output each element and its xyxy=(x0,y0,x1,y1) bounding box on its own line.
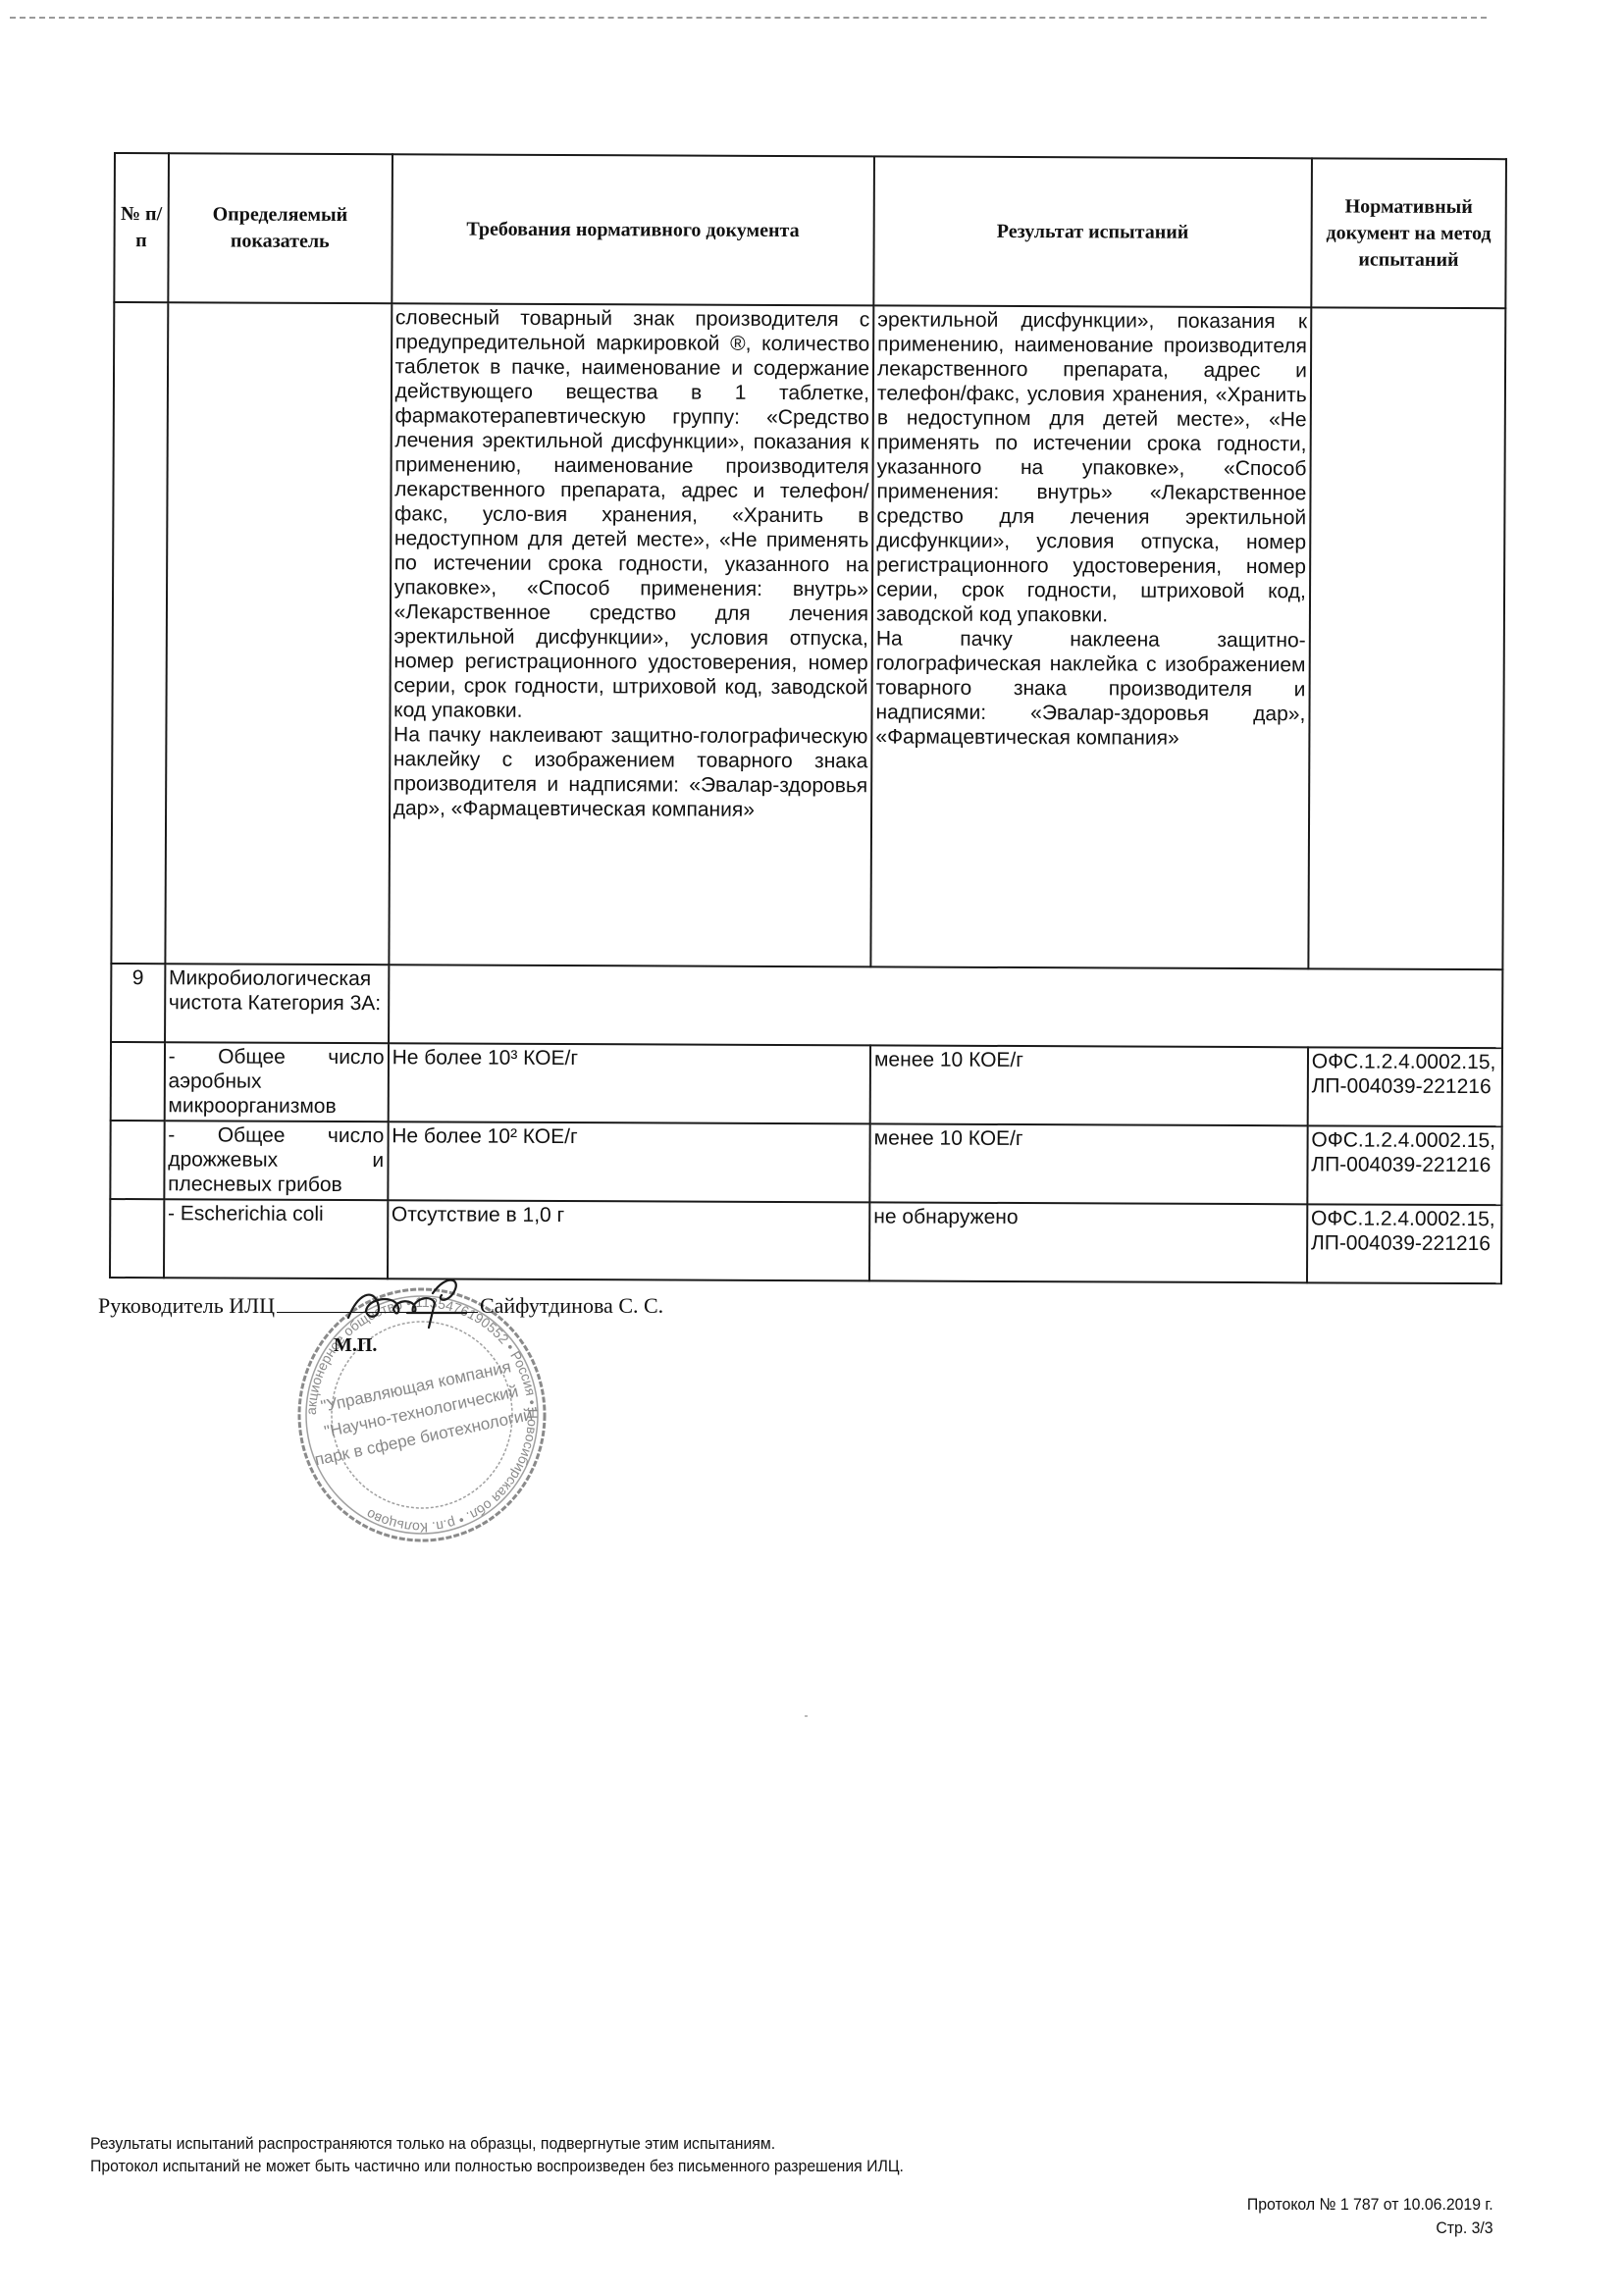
cell-method: ОФС.1.2.4.0002.15, ЛП-004039-221216 xyxy=(1307,1204,1502,1283)
header-result: Результат испытаний xyxy=(873,156,1311,307)
requirement-text: словесный товарный знак производителя с … xyxy=(393,305,869,724)
header-number: № п/п xyxy=(114,153,168,302)
result-text: эректильной дисфункции», показания к при… xyxy=(876,307,1307,628)
scan-speck xyxy=(805,1715,808,1717)
cell-indicator: - Общее число аэробных микроорганизмов xyxy=(164,1042,388,1122)
protocol-reference: Протокол № 1 787 от 10.06.2019 г. xyxy=(1247,2195,1493,2215)
cell-number: 9 xyxy=(111,964,165,1042)
cell-method xyxy=(1308,307,1505,969)
cell-number xyxy=(111,302,168,964)
cell-requirement: Не более 10² КОЕ/г xyxy=(388,1122,870,1202)
table-row: - Общее число дрожжевых и плесневых гриб… xyxy=(110,1121,1501,1205)
test-results-table: № п/п Определяемый показатель Требования… xyxy=(109,152,1507,1284)
cell-indicator xyxy=(165,302,392,965)
cell-indicator: - Escherichia coli xyxy=(164,1199,388,1278)
cell-result: не обнаружено xyxy=(869,1202,1307,1282)
cell-indicator: Микробиологическая чистота Категория 3А: xyxy=(165,964,389,1043)
header-indicator: Определяемый показатель xyxy=(168,153,393,303)
cell-requirement: Не более 10³ КОЕ/г xyxy=(388,1043,870,1123)
cell-result: менее 10 КОЕ/г xyxy=(869,1123,1307,1204)
signer-role: Руководитель ИЛЦ xyxy=(98,1293,275,1318)
table-row-continued: словесный товарный знак производителя с … xyxy=(111,302,1505,969)
header-requirement: Требования нормативного документа xyxy=(392,154,874,305)
cell-method: ОФС.1.2.4.0002.15, ЛП-004039-221216 xyxy=(1307,1047,1502,1126)
scan-edge-mark xyxy=(10,17,1487,19)
table-row: - Общее число аэробных микроорганизмов Н… xyxy=(111,1042,1502,1126)
requirement-sticker-text: На пачку наклеивают защитно-голографичес… xyxy=(393,722,868,822)
cell-number xyxy=(110,1121,164,1199)
cell-method: ОФС.1.2.4.0002.15, ЛП-004039-221216 xyxy=(1307,1125,1502,1205)
cell-requirement: Отсутствие в 1,0 г xyxy=(388,1200,870,1280)
cell-result: эректильной дисфункции», показания к при… xyxy=(870,305,1311,968)
cell-indicator: - Общее число дрожжевых и плесневых гриб… xyxy=(164,1121,388,1200)
table-row: - Escherichia coli Отсутствие в 1,0 г не… xyxy=(110,1199,1501,1283)
header-method: Нормативный документ на метод испытаний xyxy=(1311,158,1506,308)
page-number: Стр. 3/3 xyxy=(1437,2218,1493,2238)
handwritten-signature-icon xyxy=(339,1274,476,1332)
table-row-section-9: 9 Микробиологическая чистота Категория 3… xyxy=(111,964,1502,1048)
cell-number xyxy=(111,1042,165,1121)
signer-name: Сайфутдинова С. С. xyxy=(480,1293,663,1318)
footer-note-reproduction: Протокол испытаний не может быть частичн… xyxy=(90,2157,904,2176)
table-header-row: № п/п Определяемый показатель Требования… xyxy=(114,153,1506,308)
cell-number xyxy=(110,1199,164,1278)
seal-place-label: М.П. xyxy=(334,1334,377,1357)
footer-note-scope: Результаты испытаний распространяются то… xyxy=(90,2134,775,2154)
result-sticker-text: На пачку наклеена защитно-голографическа… xyxy=(875,626,1305,751)
cell-result: менее 10 КОЕ/г xyxy=(870,1045,1308,1125)
cell-empty-span xyxy=(389,965,1503,1048)
cell-requirement: словесный товарный знак производителя с … xyxy=(389,303,873,966)
